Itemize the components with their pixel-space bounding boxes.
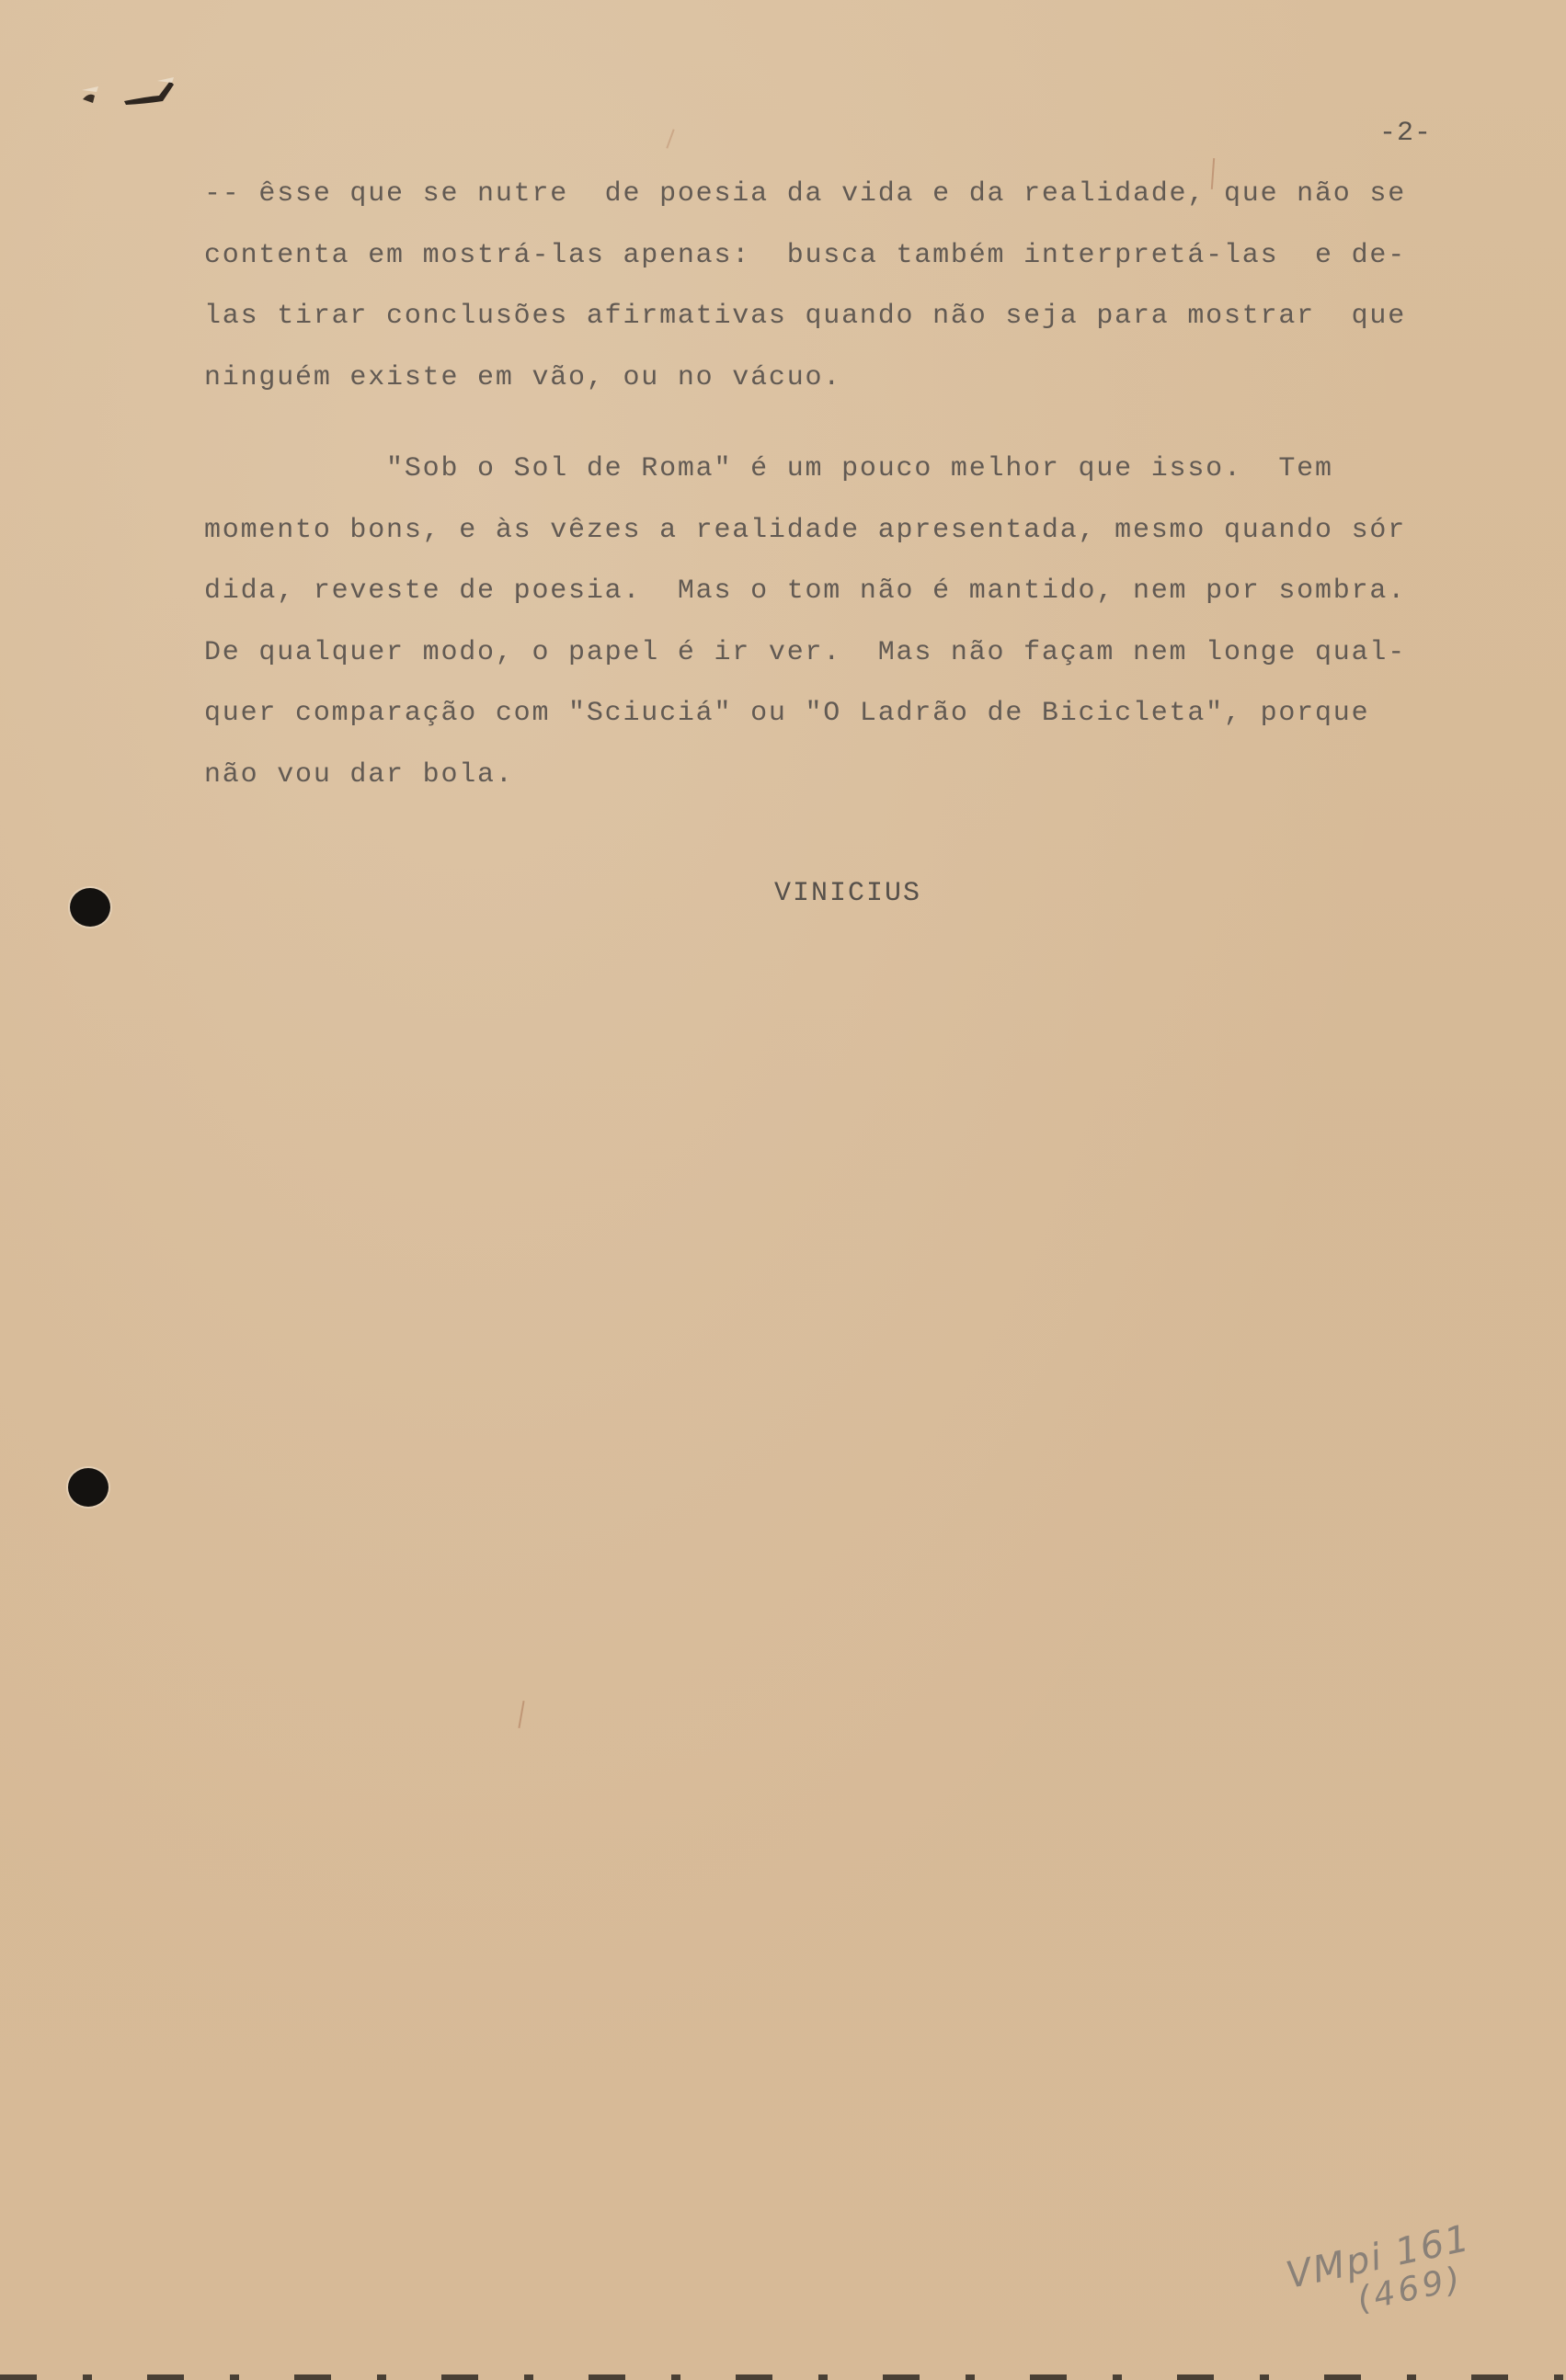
text-line: -- êsse que se nutre de poesia da vida e… <box>204 164 1436 225</box>
text-line: quer comparação com "Sciuciá" ou "O Ladr… <box>204 683 1436 745</box>
signature: VINICIUS <box>774 878 921 909</box>
text-line: ninguém existe em vão, ou no vácuo. <box>204 347 1436 409</box>
bottom-edge-shadow <box>0 2374 1566 2380</box>
text-line: não vou dar bola. <box>204 745 1436 806</box>
text-line: las tirar conclusões afirmativas quando … <box>204 286 1436 347</box>
stray-mark <box>666 129 674 148</box>
page-number: -2- <box>1379 118 1432 149</box>
stray-mark <box>518 1701 524 1728</box>
text-line: dida, reveste de poesia. Mas o tom não é… <box>204 561 1436 622</box>
document-page: -2- -- êsse que se nutre de poesia da vi… <box>0 0 1566 2380</box>
paragraph-1: -- êsse que se nutre de poesia da vida e… <box>204 164 1436 408</box>
text-line: De qualquer modo, o papel é ir ver. Mas … <box>204 622 1436 684</box>
text-line: "Sob o Sol de Roma" é um pouco melhor qu… <box>204 438 1436 500</box>
punch-hole-top <box>70 888 110 927</box>
text-line: momento bons, e às vêzes a realidade apr… <box>204 500 1436 562</box>
punch-hole-bottom <box>68 1468 109 1507</box>
text-line: contenta em mostrá-las apenas: busca tam… <box>204 225 1436 287</box>
staple-tear-mark <box>78 74 179 110</box>
archive-reference-note: VMpi 161 (469) <box>1283 2207 1541 2374</box>
paragraph-2: "Sob o Sol de Roma" é um pouco melhor qu… <box>204 438 1436 805</box>
